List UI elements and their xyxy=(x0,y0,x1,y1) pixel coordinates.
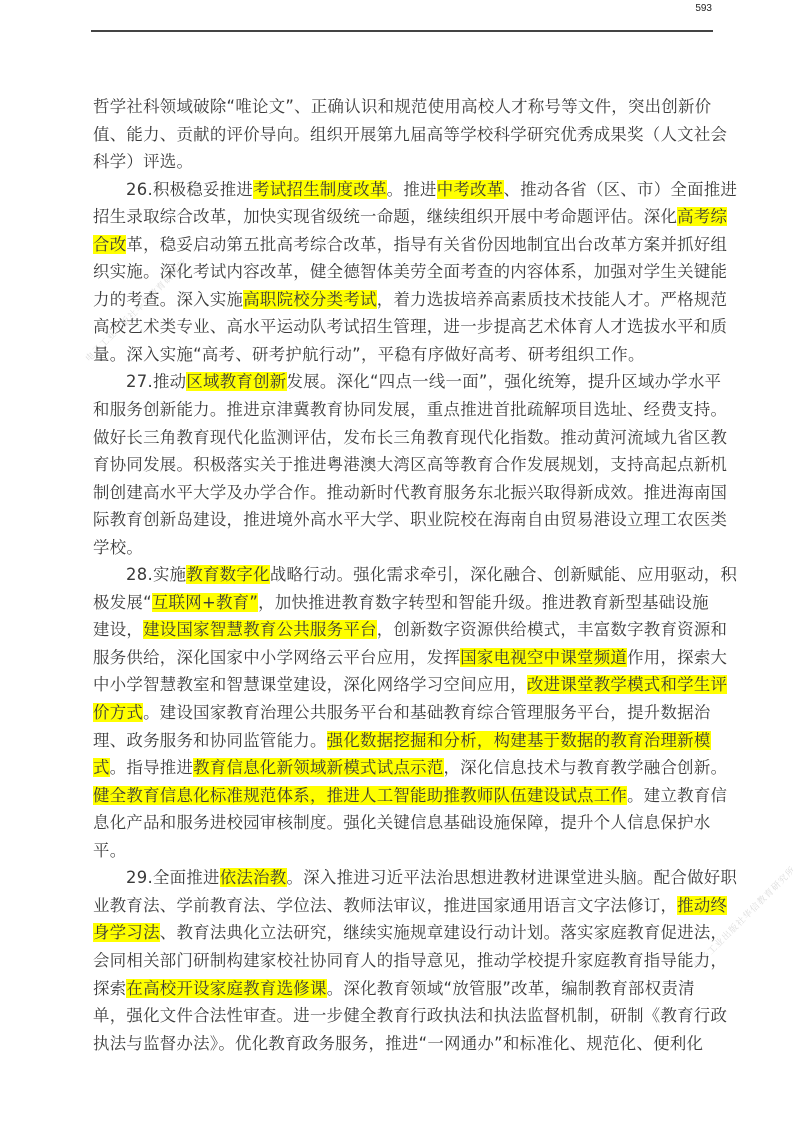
text-line: 息化产品和服务进校园审核制度。强化关键信息基础设施保障，提升个人信息保护水 xyxy=(93,809,733,837)
text-line: 际教育创新岛建设，推进境外高水平大学、职业院校在海南自由贸易港设立理工农医类 xyxy=(93,506,733,534)
text-line: 单，强化文件合法性审查。进一步健全教育行政执法和执法监督机制，研制《教育行政 xyxy=(93,1002,733,1030)
text-segment: ，创新数字资源供给模式，丰富数字教育资源和 xyxy=(377,620,728,639)
text-segment: 。深入推进习近平法治思想进教材进课堂进头脑。配合做好职 xyxy=(287,868,738,887)
highlighted-text: 合改 xyxy=(93,235,126,254)
highlighted-text: 区域教育创新 xyxy=(186,372,286,391)
highlighted-text: 推动终 xyxy=(677,896,727,915)
text-line: 育协同发展。积极落实关于推进粤港澳大湾区高等教育合作发展规划，支持高起点新机 xyxy=(93,451,733,479)
highlighted-text: 价方式 xyxy=(93,703,143,722)
highlighted-text: 互联网+教育” xyxy=(152,593,258,612)
text-segment: 中小学智慧教室和智慧课堂建设，深化网络学习空间应用， xyxy=(93,675,527,694)
text-line: 28.实施教育数字化战略行动。强化需求牵引，深化融合、创新赋能、应用驱动，积 xyxy=(93,561,733,589)
text-segment: 。推进 xyxy=(387,180,437,199)
text-segment: 学校。 xyxy=(93,538,143,557)
text-segment: 革，稳妥启动第五批高考综合改革，指导有关省份因地制宜出台改革方案并抓好组 xyxy=(126,235,727,254)
text-line: 业教育法、学前教育法、学位法、教师法审议，推进国家通用语言文字法修订，推动终 xyxy=(93,892,733,920)
highlighted-text: 改进课堂教学模式和学生评 xyxy=(527,675,727,694)
highlighted-text: 高职院校分类考试 xyxy=(243,290,377,309)
text-line: 招生录取综合改革，加快实现省级统一命题，继续组织开展中考命题评估。深化高考综 xyxy=(93,203,733,231)
text-segment: 息化产品和服务进校园审核制度。强化关键信息基础设施保障，提升个人信息保护水 xyxy=(93,813,711,832)
text-segment: 科学）评选。 xyxy=(93,152,193,171)
text-segment: 发展。深化“四点一线一面”，强化统筹，提升区域办学水平 xyxy=(287,372,722,391)
text-line: 做好长三角教育现代化监测评估，发布长三角教育现代化指数。推动黄河流域九省区教 xyxy=(93,424,733,452)
header-rule xyxy=(91,30,713,32)
highlighted-text: 强化数据挖掘和分析，构建基于数据的教育治理新模 xyxy=(327,731,711,750)
text-segment: 织实施。深化考试内容改革，健全德智体美劳全面考查的内容体系，加强对学生关键能 xyxy=(93,262,727,281)
text-line: 和服务创新能力。推进京津冀教育协同发展，重点推进首批疏解项目选址、经费支持。 xyxy=(93,396,733,424)
text-line: 量。深入实施“高考、研考护航行动”，平稳有序做好高考、研考组织工作。 xyxy=(93,341,733,369)
page-number: 593 xyxy=(672,3,712,14)
text-line: 服务供给，深化国家中小学网络云平台应用，发挥国家电视空中课堂频道作用，探索大 xyxy=(93,644,733,672)
body-text: 哲学社科领域破除“唯论文”、正确认识和规范使用高校人才称号等文件，突出创新价值、… xyxy=(93,93,733,1057)
text-line: 高校艺术类专业、高水平运动队考试招生管理，进一步提高艺术体育人才选拔水平和质 xyxy=(93,313,733,341)
text-line: 会同相关部门研制构建家校社协同育人的指导意见，推动学校提升家庭教育指导能力， xyxy=(93,947,733,975)
highlighted-text: 高考综 xyxy=(677,207,727,226)
text-segment: 招生录取综合改革，加快实现省级统一命题，继续组织开展中考命题评估。深化 xyxy=(93,207,677,226)
text-line: 值、能力、贡献的评价导向。组织开展第九届高等学校科学研究优秀成果奖（人文社会 xyxy=(93,121,733,149)
text-segment: 和服务创新能力。推进京津冀教育协同发展，重点推进首批疏解项目选址、经费支持。 xyxy=(93,400,727,419)
text-segment: 际教育创新岛建设，推进境外高水平大学、职业院校在海南自由贸易港设立理工农医类 xyxy=(93,510,727,529)
text-segment: 、推动各省（区、市）全面推进 xyxy=(504,180,738,199)
text-line: 哲学社科领域破除“唯论文”、正确认识和规范使用高校人才称号等文件，突出创新价 xyxy=(93,93,733,121)
text-line: 力的考查。深入实施高职院校分类考试，着力选拔培养高素质技术技能人才。严格规范 xyxy=(93,286,733,314)
text-segment: 做好长三角教育现代化监测评估，发布长三角教育现代化指数。推动黄河流域九省区教 xyxy=(93,428,727,447)
text-segment: 业教育法、学前教育法、学位法、教师法审议，推进国家通用语言文字法修订， xyxy=(93,896,677,915)
text-segment: ，深化信息技术与教育教学融合创新。 xyxy=(444,758,728,777)
text-segment: 育协同发展。积极落实关于推进粤港澳大湾区高等教育合作发展规划，支持高起点新机 xyxy=(93,455,727,474)
text-line: 探索在高校开设家庭教育选修课。深化教育领域“放管服”改革，编制教育部权责清 xyxy=(93,975,733,1003)
text-segment: 量。深入实施“高考、研考护航行动”，平稳有序做好高考、研考组织工作。 xyxy=(93,345,645,364)
text-line: 29.全面推进依法治教。深入推进习近平法治思想进教材进课堂进头脑。配合做好职 xyxy=(93,864,733,892)
text-line: 身学习法、教育法典化立法研究，继续实施规章建设行动计划。落实家庭教育促进法， xyxy=(93,919,733,947)
text-line: 科学）评选。 xyxy=(93,148,733,176)
text-segment: 。建立教育信 xyxy=(627,786,727,805)
highlighted-text: 在高校开设家庭教育选修课 xyxy=(126,979,326,998)
text-segment: 。深化教育领域“放管服”改革，编制教育部权责清 xyxy=(327,979,695,998)
text-line: 式。指导推进教育信息化新领域新模式试点示范，深化信息技术与教育教学融合创新。 xyxy=(93,754,733,782)
text-line: 中小学智慧教室和智慧课堂建设，深化网络学习空间应用，改进课堂教学模式和学生评 xyxy=(93,671,733,699)
highlighted-text: 国家电视空中课堂频道 xyxy=(460,648,627,667)
text-segment: 单，强化文件合法性审查。进一步健全教育行政执法和执法监督机制，研制《教育行政 xyxy=(93,1006,727,1025)
text-line: 健全教育信息化标准规范体系，推进人工智能助推教师队伍建设试点工作。建立教育信 xyxy=(93,782,733,810)
text-segment: 理、政务服务和协同监管能力。 xyxy=(93,731,327,750)
highlighted-text: 教育信息化新领域新模式试点示范 xyxy=(193,758,443,777)
text-line: 极发展“互联网+教育”，加快推进教育数字转型和智能升级。推进教育新型基础设施 xyxy=(93,589,733,617)
text-segment: 值、能力、贡献的评价导向。组织开展第九届高等学校科学研究优秀成果奖（人文社会 xyxy=(93,125,727,144)
text-segment: ，加快推进教育数字转型和智能升级。推进教育新型基础设施 xyxy=(258,593,709,612)
text-segment: 。建设国家教育治理公共服务平台和基础教育综合管理服务平台，提升数据治 xyxy=(143,703,710,722)
text-line: 27.推动区域教育创新发展。深化“四点一线一面”，强化统筹，提升区域办学水平 xyxy=(93,368,733,396)
text-segment: 28.实施 xyxy=(126,565,186,584)
text-segment: 、教育法典化立法研究，继续实施规章建设行动计划。落实家庭教育促进法， xyxy=(160,923,727,942)
text-line: 平。 xyxy=(93,837,733,865)
highlighted-text: 考试招生制度改革 xyxy=(253,180,387,199)
text-line: 制创建高水平大学及办学合作。推动新时代教育服务东北振兴取得新成效。推进海南国 xyxy=(93,479,733,507)
highlighted-text: 依法治教 xyxy=(220,868,287,887)
text-segment: 作用，探索大 xyxy=(627,648,727,667)
text-line: 理、政务服务和协同监管能力。强化数据挖掘和分析，构建基于数据的教育治理新模 xyxy=(93,727,733,755)
text-line: 价方式。建设国家教育治理公共服务平台和基础教育综合管理服务平台，提升数据治 xyxy=(93,699,733,727)
text-segment: 。指导推进 xyxy=(110,758,193,777)
text-segment: 26.积极稳妥推进 xyxy=(126,180,253,199)
text-line: 织实施。深化考试内容改革，健全德智体美劳全面考查的内容体系，加强对学生关键能 xyxy=(93,258,733,286)
text-segment: ，着力选拔培养高素质技术技能人才。严格规范 xyxy=(377,290,728,309)
text-segment: 战略行动。强化需求牵引，深化融合、创新赋能、应用驱动，积 xyxy=(270,565,737,584)
text-segment: 会同相关部门研制构建家校社协同育人的指导意见，推动学校提升家庭教育指导能力， xyxy=(93,951,727,970)
text-segment: 建设， xyxy=(93,620,143,639)
highlighted-text: 中考改革 xyxy=(437,180,504,199)
highlighted-text: 建设国家智慧教育公共服务平台 xyxy=(143,620,377,639)
text-segment: 27.推动 xyxy=(126,372,186,391)
text-segment: 服务供给，深化国家中小学网络云平台应用，发挥 xyxy=(93,648,460,667)
highlighted-text: 教育数字化 xyxy=(186,565,269,584)
text-line: 学校。 xyxy=(93,534,733,562)
text-segment: 执法与监督办法》。优化教育政务服务，推进“一网通办”和标准化、规范化、便利化 xyxy=(93,1034,703,1053)
text-line: 执法与监督办法》。优化教育政务服务，推进“一网通办”和标准化、规范化、便利化 xyxy=(93,1030,733,1058)
text-segment: 哲学社科领域破除“唯论文”、正确认识和规范使用高校人才称号等文件，突出创新价 xyxy=(93,97,711,116)
highlighted-text: 身学习法 xyxy=(93,923,160,942)
text-segment: 制创建高水平大学及办学合作。推动新时代教育服务东北振兴取得新成效。推进海南国 xyxy=(93,483,727,502)
text-segment: 平。 xyxy=(93,841,126,860)
text-segment: 29.全面推进 xyxy=(126,868,220,887)
text-segment: 探索 xyxy=(93,979,126,998)
text-segment: 高校艺术类专业、高水平运动队考试招生管理，进一步提高艺术体育人才选拔水平和质 xyxy=(93,317,727,336)
text-line: 建设，建设国家智慧教育公共服务平台，创新数字资源供给模式，丰富数字教育资源和 xyxy=(93,616,733,644)
text-line: 26.积极稳妥推进考试招生制度改革。推进中考改革、推动各省（区、市）全面推进 xyxy=(93,176,733,204)
highlighted-text: 式 xyxy=(93,758,110,777)
text-line: 合改革，稳妥启动第五批高考综合改革，指导有关省份因地制宜出台改革方案并抓好组 xyxy=(93,231,733,259)
text-segment: 极发展“ xyxy=(93,593,152,612)
highlighted-text: 健全教育信息化标准规范体系，推进人工智能助推教师队伍建设试点工作 xyxy=(93,786,627,805)
text-segment: 力的考查。深入实施 xyxy=(93,290,243,309)
